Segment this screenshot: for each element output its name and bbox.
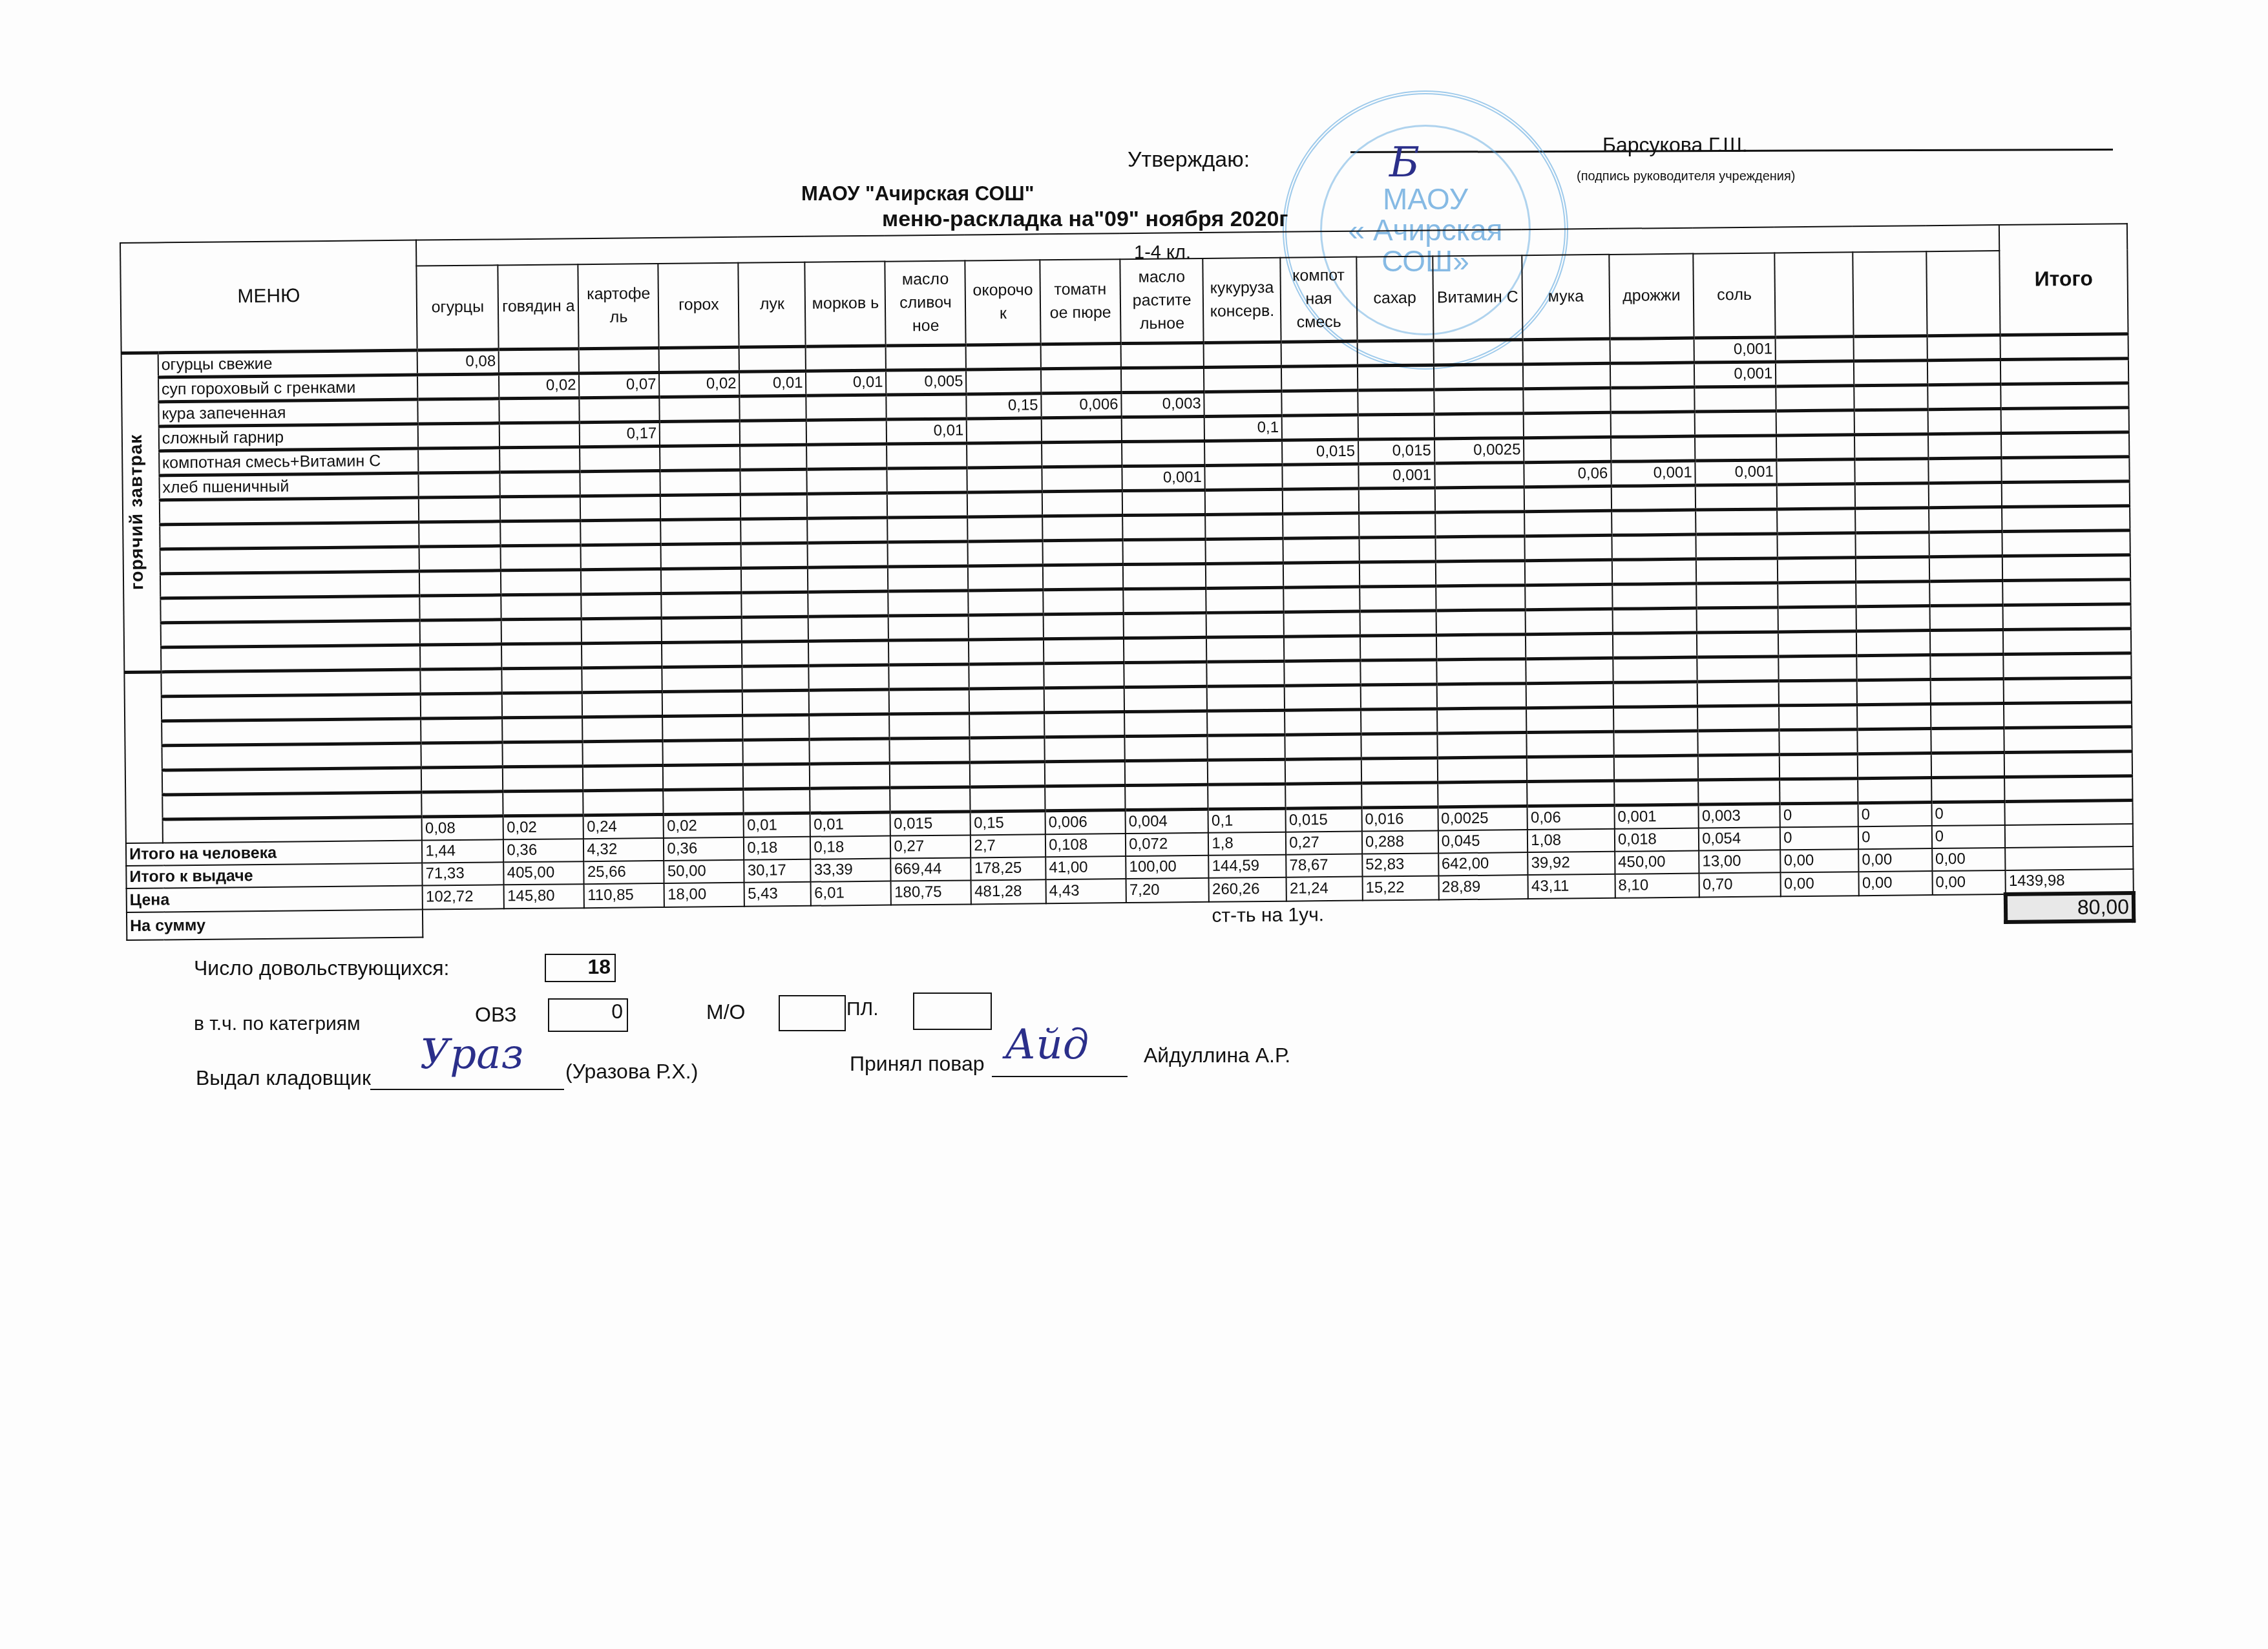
ingredient-amount — [1928, 457, 2002, 483]
ingredient-amount — [1695, 435, 1776, 460]
summary-value: 0,36 — [664, 837, 744, 860]
mo-value — [779, 995, 846, 1031]
ingredient-column-header: морков ь — [805, 262, 886, 346]
ingredient-amount — [1283, 587, 1360, 612]
dish-name: компотная смесь+Витамин С — [159, 448, 419, 476]
empty-cell — [421, 693, 502, 718]
summary-value: 5,43 — [744, 881, 811, 906]
summary-value: 100,00 — [1126, 855, 1209, 878]
ingredient-amount — [888, 639, 969, 664]
ingredient-column-header: томатн ое пюре — [1040, 259, 1120, 344]
ingredient-amount — [1856, 630, 1930, 655]
ingredient-amount — [1929, 531, 2002, 556]
empty-cell — [1698, 730, 1780, 755]
ingredient-amount — [1433, 364, 1523, 389]
ingredient-amount: 0,08 — [417, 349, 499, 374]
ingredient-amount — [501, 594, 582, 619]
empty-cell — [662, 691, 742, 716]
empty-cell — [1931, 752, 2004, 777]
empty-cell — [809, 689, 889, 715]
summary-label: На сумму — [127, 909, 423, 940]
ingredient-amount — [1927, 335, 2000, 360]
empty-cell — [2003, 653, 2131, 678]
dish-name: суп гороховый с гренками — [158, 375, 418, 402]
summary-value: 21,24 — [1286, 876, 1363, 901]
ingredient-amount — [419, 472, 500, 497]
empty-cell — [1779, 680, 1857, 705]
ingredient-amount — [1434, 413, 1524, 438]
empty-cell — [664, 789, 744, 814]
ingredient-amount — [1435, 536, 1525, 561]
summary-value: 0,288 — [1362, 830, 1438, 854]
ingredient-amount — [806, 346, 886, 371]
empty-cell — [1780, 729, 1858, 754]
empty-cell — [1207, 710, 1285, 735]
empty-cell — [1698, 754, 1780, 779]
ingredient-amount — [887, 443, 967, 468]
ingredient-amount — [1284, 611, 1360, 636]
empty-cell — [1858, 777, 1931, 803]
summary-value: 110,85 — [584, 883, 664, 907]
ingredient-amount — [1612, 583, 1697, 609]
empty-cell — [890, 786, 971, 812]
empty-cell — [1858, 728, 1931, 753]
ingredient-amount — [1930, 629, 2004, 655]
ingredient-column-header: картофе ль — [578, 264, 659, 348]
ingredient-column-header: мука — [1522, 255, 1610, 339]
ingredient-amount — [1526, 633, 1613, 658]
row-total — [2002, 554, 2130, 580]
empty-cell — [1436, 683, 1526, 708]
ingredient-amount — [662, 642, 742, 667]
empty-cell — [1045, 785, 1125, 810]
ingredient-amount — [1043, 540, 1123, 565]
ingredient-amount — [1854, 360, 1927, 385]
ingredient-amount — [420, 619, 501, 644]
ingredient-column-header: горох — [658, 263, 739, 348]
summary-value: 25,66 — [584, 860, 664, 883]
ingredient-amount — [1612, 485, 1696, 510]
summary-value: 41,00 — [1045, 856, 1126, 879]
ingredient-column-header: компот ная смесь — [1280, 257, 1357, 342]
ingredient-amount — [887, 492, 967, 517]
ovz-label: ОВЗ — [475, 1003, 517, 1027]
row-total — [2003, 628, 2131, 654]
ingredient-amount — [1204, 391, 1282, 416]
empty-cell — [1360, 659, 1436, 684]
empty-cell — [2004, 677, 2132, 703]
ingredient-amount — [1610, 387, 1695, 412]
per-person-amount: 0,02 — [503, 815, 583, 839]
empty-cell — [889, 664, 969, 689]
empty-cell — [2004, 775, 2132, 801]
empty-cell — [1124, 662, 1207, 687]
ingredient-amount — [1042, 515, 1122, 540]
ingredient-amount: 0,01 — [887, 418, 967, 443]
ingredient-amount — [1206, 538, 1283, 563]
ingredient-amount — [807, 468, 887, 494]
ingredient-amount — [659, 347, 739, 372]
row-total — [2001, 407, 2129, 433]
ingredient-amount: 0,01 — [806, 370, 886, 395]
dish-name — [160, 571, 420, 598]
ingredient-amount — [1359, 487, 1435, 512]
ingredient-amount — [501, 569, 581, 594]
section-cell: горячий завтрак — [121, 352, 161, 672]
summary-value: 43,11 — [1528, 874, 1615, 898]
empty-cell — [503, 790, 583, 815]
ingredient-amount — [1436, 585, 1526, 610]
summary-value: 30,17 — [744, 859, 811, 882]
empty-cell — [1527, 781, 1614, 806]
accepted-signature-line — [992, 1076, 1128, 1077]
empty-cell — [810, 763, 890, 788]
ingredient-amount — [660, 470, 740, 495]
ingredient-column-header — [1775, 252, 1854, 337]
empty-cell — [1044, 687, 1124, 712]
per-person-amount: 0,1 — [1208, 808, 1286, 833]
ingredient-amount — [1776, 434, 1854, 459]
empty-cell — [1437, 732, 1527, 757]
ingredient-amount — [1283, 513, 1359, 538]
ingredient-column-header: окорочо к — [965, 260, 1041, 344]
empty-cell — [810, 739, 890, 764]
ingredient-amount — [1123, 588, 1206, 613]
empty-cell — [743, 715, 810, 740]
ingredient-amount — [1777, 508, 1855, 533]
ingredient-amount — [1854, 384, 1927, 410]
blank-cell — [891, 904, 971, 932]
summary-value: 144,59 — [1209, 854, 1286, 877]
empty-cell — [421, 742, 503, 767]
ingredient-amount — [739, 346, 806, 372]
ingredient-amount — [1927, 408, 2001, 434]
ingredient-amount — [582, 618, 662, 643]
per-person-amount: 0 — [1858, 802, 1932, 826]
ingredient-amount — [806, 419, 887, 445]
accepted-by-label: Принял повар — [850, 1052, 985, 1076]
ingredient-amount — [418, 447, 499, 472]
blank-cell — [811, 905, 891, 933]
empty-cell — [810, 788, 890, 813]
summary-value: 0 — [1931, 825, 2005, 848]
empty-cell — [1208, 735, 1285, 760]
empty-cell — [583, 716, 663, 741]
ingredient-amount — [1206, 636, 1284, 662]
ingredient-amount — [1928, 433, 2002, 458]
empty-cell — [1436, 658, 1526, 684]
ingredient-amount — [1524, 486, 1612, 511]
ingredient-amount — [501, 520, 581, 545]
empty-cell — [1284, 660, 1360, 686]
ingredient-amount — [807, 444, 887, 469]
ingredient-amount — [1122, 514, 1206, 540]
empty-cell — [1361, 708, 1437, 733]
empty-cell — [1124, 686, 1208, 711]
summary-value: 0,18 — [744, 836, 810, 859]
blank-cell — [664, 906, 744, 934]
empty-cell — [1698, 779, 1780, 804]
ingredient-amount — [1282, 415, 1358, 440]
ingredient-amount — [1523, 339, 1610, 364]
director-signature: Б — [1389, 139, 1518, 204]
ingredient-amount — [1360, 610, 1436, 635]
blank-cell — [1046, 903, 1126, 931]
summary-value: 0,27 — [1286, 831, 1362, 854]
ingredient-amount — [1776, 336, 1854, 361]
ingredient-amount — [1855, 507, 1929, 532]
empty-cell — [1125, 760, 1208, 785]
storekeeper-name: (Уразова Р.Х.) — [565, 1060, 698, 1084]
ingredient-amount: 0,001 — [1694, 337, 1776, 362]
ingredient-amount — [660, 494, 740, 520]
ingredient-amount — [1524, 388, 1611, 413]
ingredient-amount — [1778, 557, 1856, 582]
empty-cell — [1285, 783, 1361, 808]
dish-name — [160, 498, 419, 525]
ingredient-amount — [1696, 558, 1778, 583]
empty-cell — [1527, 756, 1614, 781]
empty-cell — [1780, 753, 1858, 779]
ingredient-amount — [1433, 339, 1523, 364]
empty-cell — [421, 717, 502, 742]
ingredient-amount — [499, 422, 580, 447]
ingredient-amount — [1043, 589, 1123, 614]
ingredient-amount — [808, 616, 888, 641]
ingredient-amount — [888, 590, 969, 615]
ingredient-amount — [418, 423, 499, 448]
empty-cell — [1361, 782, 1438, 807]
empty-cell — [2004, 726, 2132, 752]
empty-cell — [1856, 655, 1930, 680]
ingredient-amount: 0,001 — [1122, 465, 1206, 490]
ingredient-amount: 0,02 — [499, 373, 579, 398]
row-total — [2002, 530, 2130, 556]
ingredient-column-header: говядин а — [498, 264, 579, 349]
empty-cell — [161, 669, 421, 697]
ingredient-amount — [1777, 483, 1855, 509]
empty-cell — [1697, 680, 1779, 706]
ingredient-amount — [420, 644, 501, 669]
summary-value: 71,33 — [423, 862, 504, 885]
ingredient-amount — [418, 398, 499, 423]
empty-cell — [742, 666, 809, 691]
ingredient-amount — [499, 348, 579, 373]
ingredient-amount — [1435, 560, 1525, 585]
ingredient-amount — [1206, 563, 1283, 588]
empty-cell — [1125, 784, 1208, 810]
per-person-amount: 0,01 — [810, 812, 890, 837]
ingredient-amount — [419, 545, 501, 571]
ingredient-amount: 0,015 — [1282, 439, 1358, 465]
empty-cell — [1437, 708, 1527, 733]
ingredient-amount — [1929, 605, 2003, 630]
ingredient-amount — [1042, 417, 1122, 442]
empty-cell — [1779, 655, 1857, 680]
empty-cell — [744, 788, 810, 814]
empty-cell — [1361, 684, 1437, 709]
per-person-amount: 0,016 — [1361, 806, 1438, 831]
ingredient-amount — [742, 592, 808, 617]
ingredient-amount — [888, 516, 968, 541]
summary-value: 50,00 — [664, 859, 744, 883]
ovz-value: 0 — [548, 998, 628, 1032]
ingredient-amount — [1123, 563, 1206, 589]
section-cell-empty — [124, 671, 162, 843]
ingredient-amount — [1855, 458, 1929, 483]
empty-cell — [1207, 661, 1285, 686]
ingredient-column-header — [1853, 251, 1927, 336]
row-total — [2002, 505, 2130, 531]
ingredient-amount: 0,001 — [1358, 463, 1434, 488]
empty-cell — [1285, 734, 1361, 759]
ingredient-amount: 0,006 — [1041, 392, 1121, 417]
ingredient-amount — [1359, 512, 1435, 537]
ingredient-amount — [741, 543, 808, 568]
ingredient-amount — [1206, 587, 1284, 613]
pl-label: ПЛ. — [846, 998, 879, 1020]
dish-name — [160, 620, 420, 647]
summary-value: 0,00 — [1780, 849, 1858, 872]
org-title: МАОУ "Ачирская СОШ" — [801, 182, 1034, 205]
ingredient-amount — [1283, 562, 1360, 587]
summary-value: 0,00 — [1932, 848, 2006, 871]
summary-value: 0,00 — [1781, 872, 1859, 896]
ingredient-amount — [1612, 534, 1696, 560]
ingredient-amount — [1121, 342, 1204, 368]
summary-value: 78,67 — [1286, 854, 1362, 877]
dish-name: сложный гарнир — [158, 424, 418, 451]
per-person-amount: 0,15 — [971, 810, 1045, 835]
ingredient-amount — [419, 521, 500, 546]
row-total — [2003, 604, 2131, 629]
ingredient-amount: 0,01 — [739, 371, 806, 396]
empty-cell — [2005, 800, 2133, 824]
ingredient-amount — [1121, 367, 1204, 392]
empty-cell — [1858, 753, 1931, 778]
ingredient-amount — [1526, 584, 1613, 609]
ingredient-amount — [1041, 343, 1121, 368]
ingredient-column-header: кукуруза консерв. — [1203, 258, 1281, 342]
empty-cell — [421, 766, 503, 792]
row-total — [2002, 456, 2130, 482]
blank-cell — [584, 907, 664, 935]
ingredient-amount — [1360, 585, 1436, 611]
summary-value: 0,054 — [1699, 827, 1780, 850]
ingredient-amount — [1042, 466, 1122, 491]
per-person-amount: 0,015 — [1286, 808, 1362, 832]
ingredient-column-header: масло сливоч ное — [885, 260, 966, 345]
ingredient-amount — [1434, 462, 1524, 487]
ingredient-amount — [1610, 338, 1694, 363]
ingredient-amount — [1283, 538, 1360, 563]
summary-value: 15,22 — [1362, 876, 1438, 900]
ingredient-amount — [968, 540, 1043, 565]
ingredient-amount — [1856, 605, 1930, 631]
ingredient-amount: 0,17 — [580, 421, 660, 446]
empty-cell — [1124, 711, 1208, 736]
summary-total — [2005, 824, 2133, 848]
dish-name — [160, 596, 420, 623]
ingredient-amount — [1612, 608, 1697, 633]
ingredient-amount — [661, 568, 741, 593]
empty-cell — [970, 761, 1045, 786]
ingredient-column-header: Витамин С — [1433, 255, 1523, 340]
empty-cell — [421, 791, 503, 816]
ingredient-amount — [661, 543, 741, 569]
cook-signature: Айд — [1005, 1021, 1089, 1069]
per-person-amount: 0 — [1780, 803, 1858, 827]
empty-cell — [1613, 706, 1698, 731]
ingredient-amount — [662, 593, 742, 618]
summary-value: 1,8 — [1208, 832, 1286, 855]
ingredient-amount — [1204, 440, 1282, 465]
ingredient-amount — [581, 544, 661, 569]
empty-cell — [1613, 731, 1698, 756]
empty-cell — [162, 743, 421, 770]
summary-value: 0,045 — [1438, 830, 1528, 853]
summary-value: 1,08 — [1528, 828, 1615, 852]
cost-per-student: 80,00 — [2006, 893, 2134, 922]
empty-cell — [1697, 656, 1778, 681]
empty-cell — [503, 766, 583, 791]
per-person-amount: 0,001 — [1614, 804, 1699, 829]
ingredient-amount — [968, 516, 1043, 541]
summary-value: 18,00 — [664, 882, 744, 907]
ingredient-amount — [1523, 363, 1610, 388]
ingredient-amount — [1357, 340, 1433, 365]
ingredient-amount — [1855, 483, 1929, 508]
ingredient-amount: 0,005 — [886, 369, 966, 394]
empty-cell — [1697, 705, 1779, 730]
ingredient-amount — [1122, 441, 1205, 466]
ingredient-amount — [1525, 560, 1612, 585]
summary-value: 33,39 — [811, 858, 891, 881]
empty-cell — [743, 764, 810, 789]
empty-cell — [1930, 678, 2004, 704]
ingredient-amount — [1856, 581, 1929, 606]
summary-value: 8,10 — [1615, 873, 1699, 898]
summary-value: 4,32 — [583, 837, 664, 861]
ingredient-amount — [1778, 582, 1856, 607]
row-total — [2000, 333, 2128, 359]
empty-cell — [502, 667, 582, 693]
ingredient-amount — [887, 394, 967, 419]
blank-cell — [971, 903, 1046, 932]
ingredient-amount: 0,001 — [1694, 361, 1776, 386]
ingredient-amount — [886, 344, 966, 370]
ingredient-amount — [808, 567, 888, 592]
ingredient-amount — [740, 420, 806, 445]
empty-cell — [970, 737, 1045, 762]
empty-cell — [503, 741, 583, 766]
summary-label: Итого на человека — [126, 840, 423, 865]
ingredient-amount — [419, 570, 501, 595]
ingredient-amount — [417, 373, 499, 399]
ingredient-amount — [1283, 488, 1359, 514]
ingredient-column-header: масло растите льное — [1120, 258, 1203, 343]
ingredient-amount — [1694, 386, 1776, 411]
blank-cell — [744, 905, 811, 934]
ingredient-column-header: огурцы — [417, 265, 499, 350]
ingredient-amount: 0,001 — [1611, 461, 1696, 486]
empty-cell — [1857, 679, 1931, 704]
summary-value: 7,20 — [1126, 877, 1210, 902]
empty-cell — [1361, 733, 1437, 758]
ingredient-amount — [1124, 637, 1207, 662]
ingredient-amount — [888, 541, 968, 566]
empty-cell — [662, 666, 742, 691]
